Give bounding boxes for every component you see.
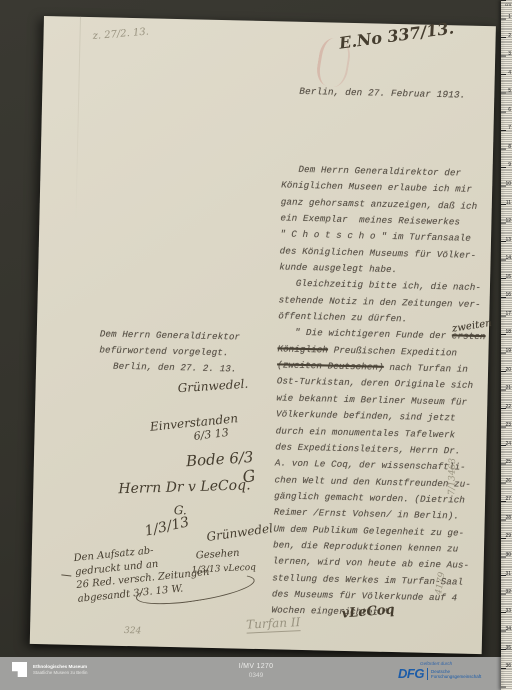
dfg-funded-label: Gefördert durch xyxy=(420,660,498,667)
dfg-name-line2: Forschungsgemeinschaft xyxy=(431,674,481,680)
ruler-number: 12 xyxy=(502,219,511,224)
dfg-logo: Gefördert durch DFG Deutsche Forschungsg… xyxy=(398,660,498,681)
letter-sheet: z. 27/2. 13. E.No 337/13. Berlin, den 27… xyxy=(30,16,496,654)
ruler-number: 19 xyxy=(502,349,511,354)
archive-ref-number: I/MV 1270 xyxy=(239,662,274,671)
ruler-number: 8 xyxy=(502,145,511,150)
ruler-number: 29 xyxy=(502,534,511,539)
archive-reference: I/MV 1270 0349 xyxy=(239,662,274,680)
pencil-registry-note: z. 27/2. 13. xyxy=(92,26,149,42)
pencil-vertical-number-1: 7/13463 xyxy=(447,458,458,496)
forwarding-note: Dem Herrn Generaldirektor befürwortend v… xyxy=(99,326,240,377)
ruler-number: 6 xyxy=(502,108,511,113)
ruler-number: 35 xyxy=(502,646,511,651)
ruler-number: 10 xyxy=(502,182,511,187)
ruler-number: 31 xyxy=(502,572,511,577)
ruler-major-ticks xyxy=(501,0,506,690)
ruler-number: 32 xyxy=(502,590,511,595)
ruler-number: 15 xyxy=(502,275,511,280)
dfg-acronym: DFG xyxy=(398,667,424,681)
forwarding-line: Berlin, den 27. 2. 13. xyxy=(99,358,240,377)
pencil-note-324: 324 xyxy=(124,626,141,636)
ruler-unit-label: cm xyxy=(505,2,511,7)
ruler-number: 36 xyxy=(502,664,511,669)
ruler-number: 25 xyxy=(502,460,511,465)
dispatch-note: Den Aufsatz ab- gedruckt und an 26 Red. … xyxy=(73,539,211,606)
struck-word: Königlich xyxy=(277,343,328,355)
signature-grunwedel-2: Grünwedel xyxy=(206,521,274,544)
ruler-number: 3 xyxy=(502,52,511,57)
scan-page-number: 0349 xyxy=(239,671,274,680)
cm-ruler: cm 1234567891011121314151617181920212223… xyxy=(501,0,512,690)
paper-crease xyxy=(75,17,81,227)
ruler-number: 28 xyxy=(502,516,511,521)
ruler-number: 30 xyxy=(502,553,511,558)
pencil-note-turfan: Turfan II xyxy=(246,615,301,634)
ruler-number: 18 xyxy=(502,330,511,335)
museum-subtitle: Staatliche Museen zu Berlin xyxy=(33,670,87,676)
ruler-number: 1 xyxy=(502,15,511,20)
letter-body: Dem Herrn Generaldirektor derKöniglichen… xyxy=(271,161,489,623)
ruler-number: 20 xyxy=(502,368,511,373)
ink-registry-number: E.No 337/13. xyxy=(338,18,455,52)
museum-name: Ethnologisches Museum xyxy=(33,664,87,670)
dfg-divider xyxy=(427,668,428,680)
ruler-number: 14 xyxy=(502,256,511,261)
paraphe-g: G xyxy=(241,466,257,487)
ruler-number: 9 xyxy=(502,163,511,168)
ruler-number: 4 xyxy=(502,71,511,76)
ruler-number: 2 xyxy=(502,34,511,39)
ruler-number: 23 xyxy=(502,423,511,428)
date-note-6-3: 6/3 13 xyxy=(193,426,229,443)
signature-grunwedel-1: Grünwedel. xyxy=(177,377,248,396)
note-herrn-lecoq: Herrn Dr v LeCoq. xyxy=(118,477,251,497)
ruler-number: 11 xyxy=(502,201,511,206)
margin-dash xyxy=(61,574,71,576)
scanned-document-page: { "colors": { "dfg_blue": "#1c5ca8", "fo… xyxy=(0,0,512,690)
ruler-number: 13 xyxy=(502,238,511,243)
viewer-footer-bar: Ethnologisches Museum Staatliche Museen … xyxy=(0,657,501,690)
ruler-number: 5 xyxy=(502,89,511,94)
ruler-number: 17 xyxy=(502,312,511,317)
ruler-number: 26 xyxy=(502,479,511,484)
date-note-1-3: 1/3/13 xyxy=(143,514,190,540)
ruler-number: 33 xyxy=(502,609,511,614)
smb-logo-icon xyxy=(12,662,27,677)
museum-logo: Ethnologisches Museum Staatliche Museen … xyxy=(12,662,87,677)
ruler-number: 21 xyxy=(502,386,511,391)
ruler-number: 16 xyxy=(502,293,511,298)
typed-date-line: Berlin, den 27. Februar 1913. xyxy=(299,86,465,101)
ruler-number: 27 xyxy=(502,497,511,502)
ruler-number: 22 xyxy=(502,405,511,410)
ruler-number: 7 xyxy=(502,126,511,131)
ruler-number: 34 xyxy=(502,627,511,632)
struck-word: (zweiten Deutschen) xyxy=(277,360,384,373)
ruler-number: 24 xyxy=(502,442,511,447)
